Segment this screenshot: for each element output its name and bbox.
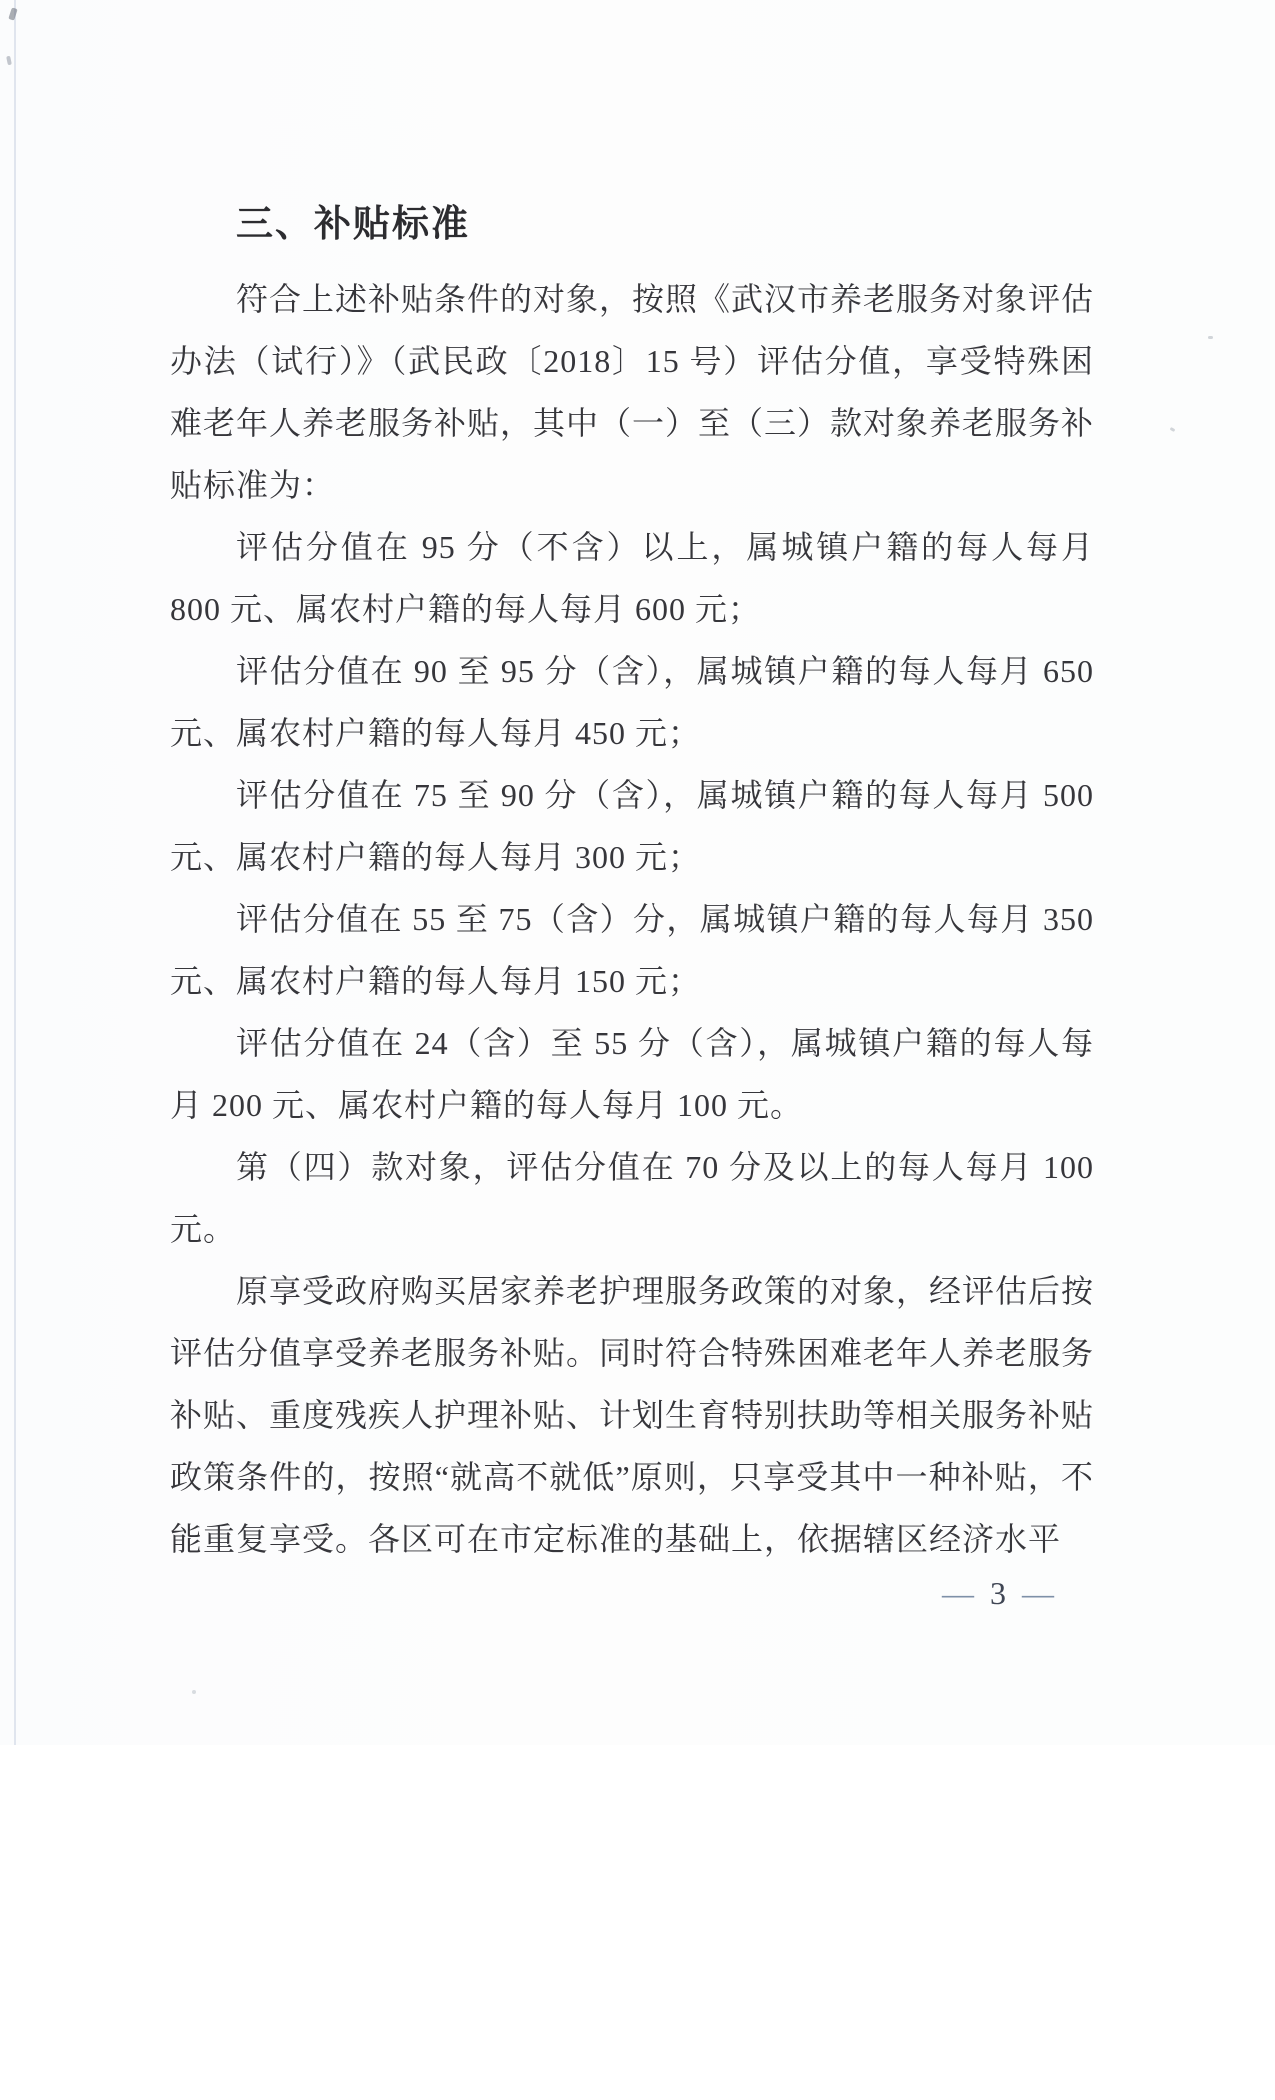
footer-dash-right: —	[1022, 1576, 1054, 1610]
footer-dash-left: —	[942, 1576, 974, 1610]
page-footer: — 3 —	[942, 1576, 1054, 1610]
paragraph-tier-75-90: 评估分值在 75 至 90 分（含），属城镇户籍的每人每月 500 元、属农村户…	[170, 764, 1094, 888]
page-number: 3	[990, 1576, 1006, 1610]
scan-edge-line	[14, 0, 16, 1745]
paragraph-no-duplicate-benefits: 原享受政府购买居家养老护理服务政策的对象，经评估后按评估分值享受养老服务补贴。同…	[170, 1260, 1094, 1570]
document-body: 三、补贴标准 符合上述补贴条件的对象，按照《武汉市养老服务对象评估办法（试行）》…	[170, 196, 1094, 1570]
paragraph-intro: 符合上述补贴条件的对象，按照《武汉市养老服务对象评估办法（试行）》（武民政〔20…	[170, 268, 1094, 516]
scanned-document-page: 三、补贴标准 符合上述补贴条件的对象，按照《武汉市养老服务对象评估办法（试行）》…	[0, 0, 1275, 2100]
paragraph-tier-24-55: 评估分值在 24（含）至 55 分（含），属城镇户籍的每人每月 200 元、属农…	[170, 1012, 1094, 1136]
paragraph-clause-four: 第（四）款对象，评估分值在 70 分及以上的每人每月 100 元。	[170, 1136, 1094, 1260]
section-heading: 三、补贴标准	[236, 196, 1094, 252]
paragraph-tier-90-95: 评估分值在 90 至 95 分（含），属城镇户籍的每人每月 650 元、属农村户…	[170, 640, 1094, 764]
paragraph-tier-55-75: 评估分值在 55 至 75（含）分，属城镇户籍的每人每月 350 元、属农村户籍…	[170, 888, 1094, 1012]
scan-speck	[192, 1690, 196, 1694]
scan-speck	[1208, 336, 1213, 339]
paragraph-tier-95plus: 评估分值在 95 分（不含）以上，属城镇户籍的每人每月 800 元、属农村户籍的…	[170, 516, 1094, 640]
